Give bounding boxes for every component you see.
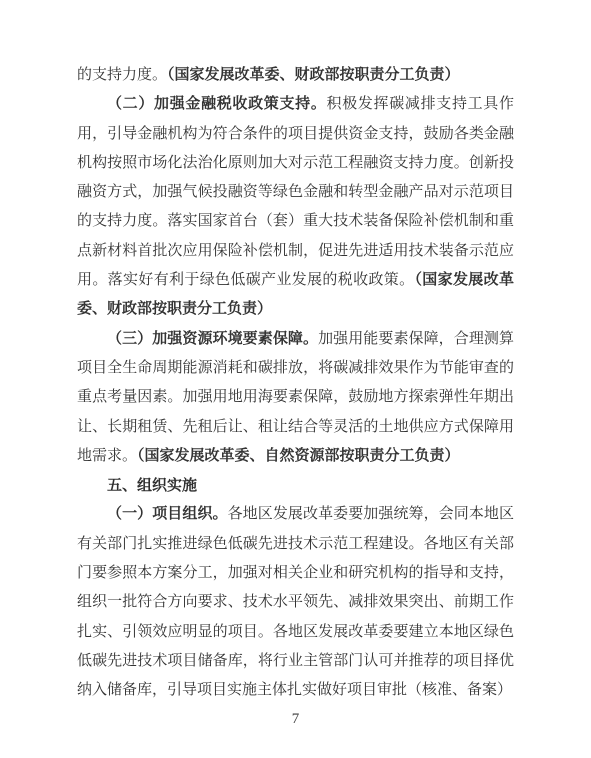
document-body: 的支持力度。（国家发展改革委、财政部按职责分工负责） （二）加强金融税收政策支持… [77, 61, 514, 706]
responsibility-attribution: （国家发展改革委、财政部按职责分工负责） [167, 67, 460, 83]
paragraph-lead-in: （一）项目组织。 [107, 506, 228, 522]
responsibility-attribution: （国家发展改革委、自然资源部按职责分工负责） [137, 448, 460, 464]
document-page: 的支持力度。（国家发展改革委、财政部按职责分工负责） （二）加强金融税收政策支持… [0, 0, 591, 758]
paragraph-resource-environment: （三）加强资源环境要素保障。加强用能要素保障，合理测算项目全生命周期能源消耗和碳… [77, 325, 514, 471]
body-text: 的支持力度。 [77, 67, 167, 83]
body-text: 积极发挥碳减排支持工具作用，引导金融机构为符合条件的项目提供资金支持，鼓励各类金… [77, 96, 514, 288]
paragraph-finance-tax-policy: （二）加强金融税收政策支持。积极发挥碳减排支持工具作用，引导金融机构为符合条件的… [77, 90, 514, 324]
section-heading-organization: 五、组织实施 [77, 471, 514, 500]
paragraph-lead-in: （三）加强资源环境要素保障。 [107, 331, 318, 347]
body-text: 加强用能要素保障，合理测算项目全生命周期能源消耗和碳排放，将碳减排效果作为节能审… [77, 331, 514, 464]
paragraph-lead-in: （二）加强金融税收政策支持。 [107, 96, 327, 112]
paragraph-continuation: 的支持力度。（国家发展改革委、财政部按职责分工负责） [77, 61, 514, 90]
page-number: 7 [0, 711, 591, 728]
paragraph-project-organization: （一）项目组织。各地区发展改革委要加强统筹，会同本地区有关部门扎实推进绿色低碳先… [77, 500, 514, 705]
body-text: 各地区发展改革委要加强统筹，会同本地区有关部门扎实推进绿色低碳先进技术示范工程建… [77, 506, 514, 698]
